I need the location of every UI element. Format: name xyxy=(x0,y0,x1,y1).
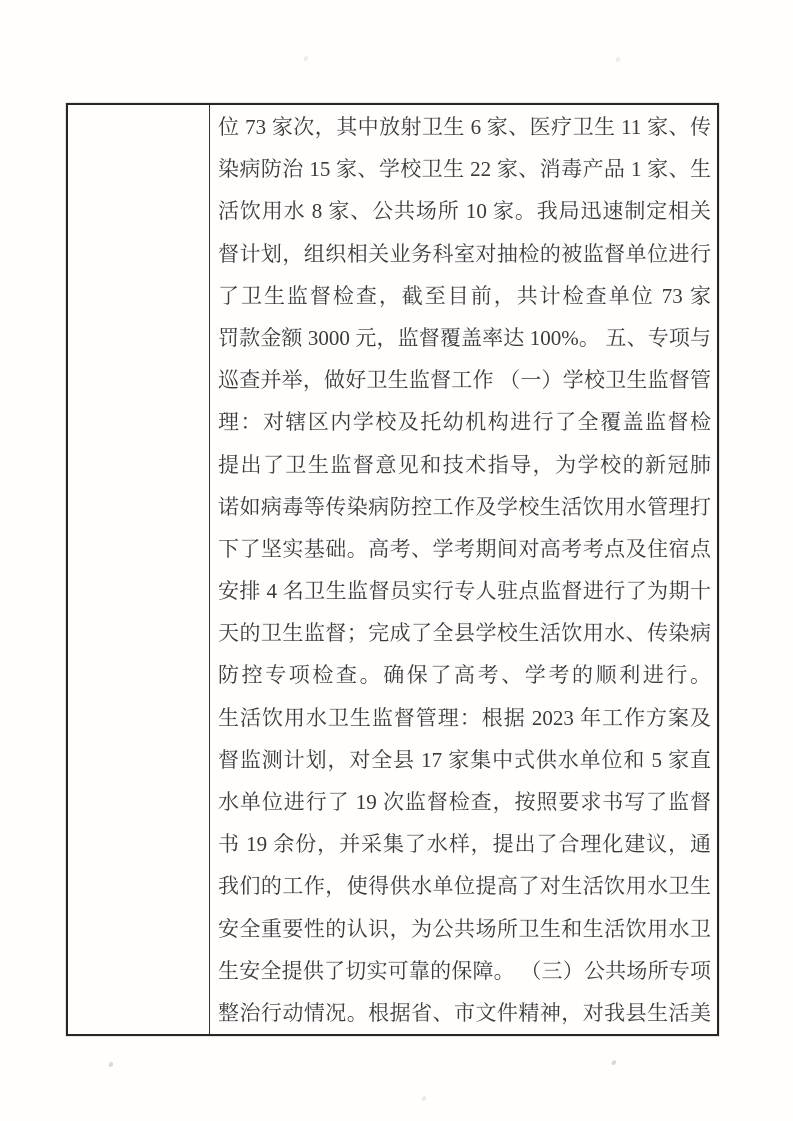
text-line: 染病防治 15 家、学校卫生 22 家、消毒产品 1 家、生 xyxy=(218,148,711,190)
scan-speckle xyxy=(421,1095,426,1101)
text-line: 水单位进行了 19 次监督检查，按照要求书写了监督文 xyxy=(218,781,711,823)
text-line: 理：对辖区内学校及托幼机构进行了全覆盖监督检查， xyxy=(218,401,711,443)
text-line: 提出了卫生监督意见和技术指导，为学校的新冠肺炎、 xyxy=(218,444,711,486)
scan-speckle xyxy=(615,56,620,62)
text-line: 防控专项检查。确保了高考、学考的顺利进行。 （二） xyxy=(218,654,711,696)
text-line: 活饮用水 8 家、公共场所 10 家。我局迅速制定相关监 xyxy=(218,190,711,232)
text-line: 整治行动情况。根据省、市文件精神，对我县生活美 xyxy=(218,992,711,1034)
text-line: 安全重要性的认识，为公共场所卫生和生活饮用水卫 xyxy=(218,908,711,950)
table-cell-content: 位 73 家次，其中放射卫生 6 家、医疗卫生 11 家、传染病防治 15 家、… xyxy=(210,105,717,1034)
text-line: 督监测计划，对全县 17 家集中式供水单位和 5 家直饮 xyxy=(218,739,711,781)
text-line: 罚款金额 3000 元，监督覆盖率达 100%。 五、专项与 xyxy=(218,317,711,359)
text-line: 我们的工作，使得供水单位提高了对生活饮用水卫生 xyxy=(218,865,711,907)
text-line: 了卫生监督检查，截至目前，共计检查单位 73 家次， xyxy=(218,275,711,317)
text-line: 督计划，组织相关业务科室对抽检的被监督单位进行 xyxy=(218,233,711,275)
scanned-page: 位 73 家次，其中放射卫生 6 家、医疗卫生 11 家、传染病防治 15 家、… xyxy=(0,0,793,1121)
text-line: 下了坚实基础。高考、学考期间对高考考点及住宿点 xyxy=(218,528,711,570)
scan-speckle xyxy=(611,1059,616,1065)
text-line: 书 19 余份，并采集了水样，提出了合理化建议，通过 xyxy=(218,823,711,865)
document-table: 位 73 家次，其中放射卫生 6 家、医疗卫生 11 家、传染病防治 15 家、… xyxy=(66,103,719,1036)
text-line: 生活饮用水卫生监督管理：根据 2023 年工作方案及监 xyxy=(218,697,711,739)
text-line: 安排 4 名卫生监督员实行专人驻点监督进行了为期十 xyxy=(218,570,711,612)
table-cell-label-column xyxy=(68,105,210,1034)
text-line: 巡查并举，做好卫生监督工作 （一）学校卫生监督管 xyxy=(218,359,711,401)
text-line: 诺如病毒等传染病防控工作及学校生活饮用水管理打 xyxy=(218,486,711,528)
text-line: 位 73 家次，其中放射卫生 6 家、医疗卫生 11 家、传 xyxy=(218,106,711,148)
text-line: 天的卫生监督；完成了全县学校生活饮用水、传染病 xyxy=(218,612,711,654)
scan-speckle xyxy=(303,55,308,61)
text-line: 生安全提供了切实可靠的保障。 （三）公共场所专项 xyxy=(218,950,711,992)
scan-speckle xyxy=(108,1061,113,1067)
